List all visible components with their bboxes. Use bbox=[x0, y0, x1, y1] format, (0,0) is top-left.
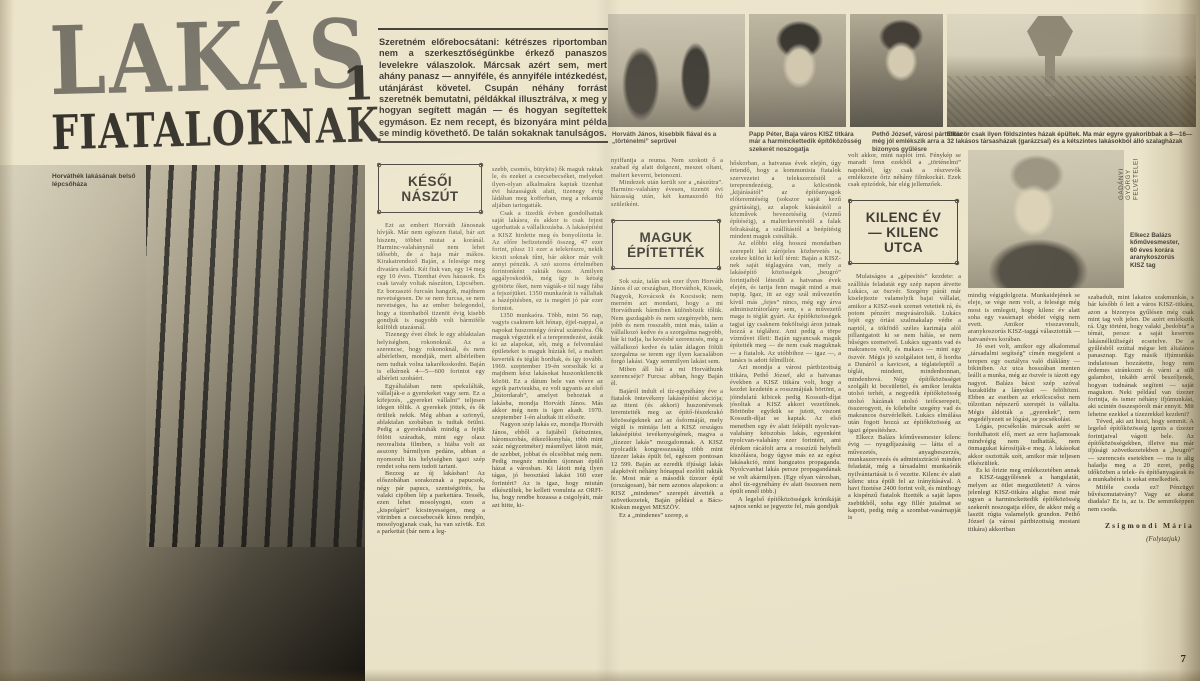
photo-caption: Horváth János, kisebbik fiával és a „tör… bbox=[612, 131, 732, 146]
section-heading: KÉSŐINÁSZÚT bbox=[378, 164, 482, 213]
water-tower-stem bbox=[1045, 54, 1055, 96]
body-paragraph: A legelső építőközösségek krónikáját saj… bbox=[730, 496, 841, 511]
body-paragraph: Tizenegy évet éltek le egy ablaktalan he… bbox=[377, 331, 485, 382]
body-paragraph: Miben áll hát a mi Horváthunk szerencséj… bbox=[611, 366, 723, 388]
body-paragraph: 1350 munkaóra. Több, mint 56 nap, vagyis… bbox=[492, 312, 603, 421]
body-paragraph: nyiffantja a reuma. Nem szokott ő a szab… bbox=[611, 157, 723, 179]
body-paragraph: volt akkor, mint naplót írni. Fénykép se… bbox=[848, 152, 961, 188]
body-paragraph: Téved, aki azt hiszi, hogy semmit. A leg… bbox=[1088, 418, 1194, 484]
body-paragraph: Nagyon szép lakás ez, mondja Horváth Ján… bbox=[492, 421, 603, 509]
photo-papp-peter bbox=[749, 14, 846, 127]
body-paragraph: Mindezek után került sor a „nászútra”. H… bbox=[611, 179, 723, 208]
body-paragraph: Ez a „mindenes” szerep, a bbox=[611, 512, 723, 519]
text-column-1: KÉSŐINÁSZÚTEzt az embert Horváth Jánosna… bbox=[377, 162, 485, 645]
body-paragraph: szabadult, mint lakatos szakmunkás, s bá… bbox=[1088, 294, 1194, 418]
photo-caption: Elkecz Balázs kőműves­mester, 60 éves ko… bbox=[1130, 232, 1182, 269]
photo-caption: Először csak ilyen földszintes házak épü… bbox=[947, 131, 1197, 146]
body-paragraph: Bezzeg az új lakásban! Az előszobában so… bbox=[377, 470, 485, 536]
photo-horvath-family bbox=[608, 14, 745, 127]
section-heading: KILENC ÉV— KILENC UTCA bbox=[849, 200, 958, 264]
body-paragraph: szebb, csomós, bütykös) ők maguk raktak … bbox=[492, 166, 603, 210]
body-paragraph: Bajáról indult el tíz-egynéhány éve a fi… bbox=[611, 388, 723, 512]
intro-paragraph: Szeretném előrebocsátani: kétrészes ripo… bbox=[378, 28, 608, 143]
photo-caption: Papp Péter, Baja város KISZ titkára már … bbox=[749, 131, 863, 153]
body-paragraph: Az előbbi elég hosszú mondatban szerepel… bbox=[730, 240, 841, 364]
title-line-lakas: LAKÁS bbox=[48, 6, 380, 108]
body-paragraph: Mulatságos a „gépesítés” kezdete: a szál… bbox=[848, 273, 961, 434]
text-column-3: nyiffantja a reuma. Nem szokott ő a szab… bbox=[611, 157, 723, 645]
body-paragraph: Csak a tizedik évben gondolhattak saját … bbox=[492, 210, 603, 312]
byline: Zsigmondi Mária bbox=[1088, 521, 1194, 530]
railing-bars bbox=[146, 165, 365, 547]
body-paragraph: Miféle csoda ez? Pénzügyi bűvészmutatván… bbox=[1088, 484, 1194, 513]
photo-elkecz-balazs bbox=[968, 150, 1124, 288]
text-column-5: volt akkor, mint naplót írni. Fénykép se… bbox=[848, 152, 961, 645]
body-paragraph: Sok száz, talán sok ezer ilyen Horváth J… bbox=[611, 278, 723, 366]
water-tower-icon bbox=[1027, 16, 1073, 56]
page-number: 7 bbox=[1181, 653, 1187, 665]
body-paragraph: És ki őrizte meg emlékezetében annak a K… bbox=[968, 467, 1080, 533]
photographer-credit: GADÁNYI GYÖRGY FELVÉTELEI bbox=[1118, 158, 1178, 200]
body-paragraph: mindig végigdolgozta. Munkaidejének se e… bbox=[968, 292, 1080, 343]
body-paragraph: Azt mondja a városi pártbizottság titkár… bbox=[730, 364, 841, 495]
text-column-2: szebb, csomós, bütykös) ők maguk raktak … bbox=[492, 166, 603, 645]
continuation-note: (Folytatjuk) bbox=[1088, 536, 1194, 543]
text-column-7: szabadult, mint lakatos szakmunkás, s bá… bbox=[1088, 294, 1194, 645]
photo-street-houses bbox=[947, 14, 1196, 127]
body-paragraph: Jó eset volt, amikor egy alkalommal „tár… bbox=[968, 343, 1080, 423]
magazine-page: LAKÁS 1 FIATALOKNAK Horváthék lakásának … bbox=[0, 0, 1200, 681]
body-paragraph: Egyáltalában nem spekulálták, vállalják-… bbox=[377, 383, 485, 471]
staircase-photo: Horváthék lakásának belső lépcsőháza bbox=[0, 165, 365, 681]
text-column-4: hőskorban, a hatvanas évek elején, úgy é… bbox=[730, 160, 841, 645]
body-paragraph: Lógás, pocsékolás márcsak azért se fordu… bbox=[968, 423, 1080, 467]
body-paragraph: hőskorban, a hatvanas évek elején, úgy é… bbox=[730, 160, 841, 240]
photo-petho-jozsef bbox=[850, 14, 943, 127]
section-heading: MAGUKÉPÍTETTÉK bbox=[612, 220, 720, 269]
body-paragraph: Ezt az embert Horváth Jánosnak hívják. M… bbox=[377, 222, 485, 331]
text-column-6: mindig végigdolgozta. Munkaidejének se e… bbox=[968, 292, 1080, 645]
body-paragraph: Elkecz Balázs kőművesmester kilenc évig … bbox=[848, 434, 961, 522]
article-title: LAKÁS 1 FIATALOKNAK bbox=[48, 6, 381, 148]
staircase-photo-caption: Horváthék lakásának belső lépcsőháza bbox=[52, 173, 162, 188]
title-line-fiataloknak: FIATALOKNAK bbox=[51, 100, 382, 158]
